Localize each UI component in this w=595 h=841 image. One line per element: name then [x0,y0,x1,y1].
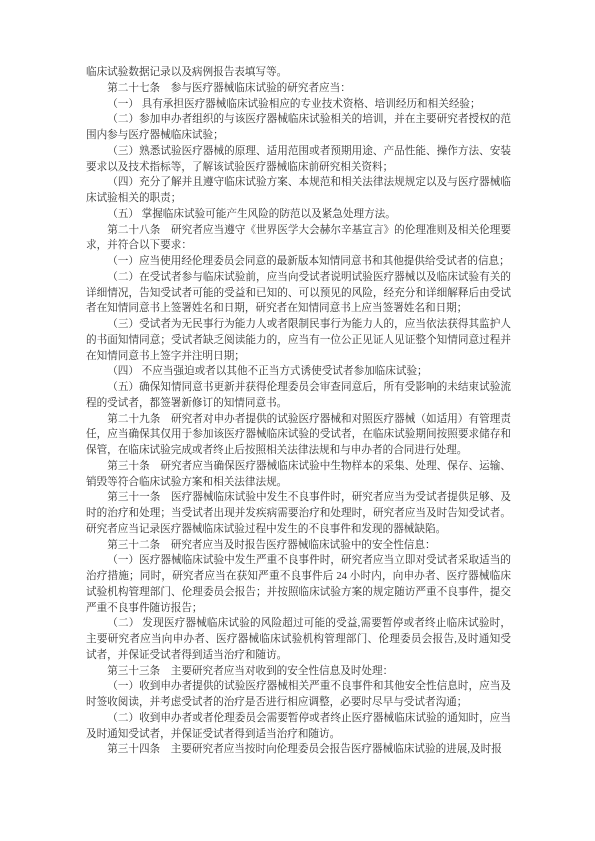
paragraph: 第三十条 研究者应当确保医疗器械临床试验中生物样本的采集、处理、保存、运输、销毁… [86,459,511,491]
paragraph: 临床试验数据记录以及病例报告表填写等。 [86,65,511,81]
paragraph: （一） 具有承担医疗器械临床试验相应的专业技术资格、培训经历和相关经验； [86,97,511,113]
paragraph: （四）充分了解并且遵守临床试验方案、本规范和相关法律法规规定以及与医疗器械临床试… [86,175,511,207]
paragraph: 第二十七条 参与医疗器械临床试验的研究者应当： [86,81,511,97]
document-page: 临床试验数据记录以及病例报告表填写等。第二十七条 参与医疗器械临床试验的研究者应… [0,0,595,841]
paragraph: 第二十八条 研究者应当遵守《世界医学大会赫尔辛基宣言》的伦理准则及相关伦理要求，… [86,223,511,255]
paragraph: （五） 掌握临床试验可能产生风险的防范以及紧急处理方法。 [86,207,511,223]
paragraph: （四） 不应当强迫或者以其他不正当方式诱使受试者参加临床试验； [86,364,511,380]
paragraph: 第三十一条 医疗器械临床试验中发生不良事件时，研究者应当为受试者提供足够、及时的… [86,490,511,537]
paragraph: （二）参加申办者组织的与该医疗器械临床试验相关的培训，并在主要研究者授权的范围内… [86,112,511,144]
paragraph: （二）收到申办者或者伦理委员会需要暂停或者终止医疗器械临床试验的通知时，应当及时… [86,711,511,743]
paragraph: （一）医疗器械临床试验中发生严重不良事件时，研究者应当立即对受试者采取适当的治疗… [86,553,511,616]
paragraph: 第三十四条 主要研究者应当按时向伦理委员会报告医疗器械临床试验的进展,及时报 [86,742,511,758]
paragraph: （三）熟悉试验医疗器械的原理、适用范围或者预期用途、产品性能、操作方法、安装要求… [86,144,511,176]
document-body: 临床试验数据记录以及病例报告表填写等。第二十七条 参与医疗器械临床试验的研究者应… [86,65,511,758]
paragraph: 第三十三条 主要研究者应当对收到的安全性信息及时处理： [86,664,511,680]
paragraph: 第二十九条 研究者对申办者提供的试验医疗器械和对照医疗器械（如适用）有管理责任，… [86,412,511,459]
paragraph: （二） 发现医疗器械临床试验的风险超过可能的受益,需要暂停或者终止临床试验时，主… [86,616,511,663]
paragraph: （一）收到申办者提供的试验医疗器械相关严重不良事件和其他安全性信息时，应当及时签… [86,679,511,711]
paragraph: （三）受试者为无民事行为能力人或者限制民事行为能力人的，应当依法获得其监护人的书… [86,317,511,364]
paragraph: （五）确保知情同意书更新并获得伦理委员会审查同意后，所有受影响的未结束试验流程的… [86,380,511,412]
paragraph: （二）在受试者参与临床试验前，应当向受试者说明试验医疗器械以及临床试验有关的详细… [86,270,511,317]
paragraph: 第三十二条 研究者应当及时报告医疗器械临床试验中的安全性信息： [86,538,511,554]
paragraph: （一）应当使用经伦理委员会同意的最新版本知情同意书和其他提供给受试者的信息； [86,254,511,270]
